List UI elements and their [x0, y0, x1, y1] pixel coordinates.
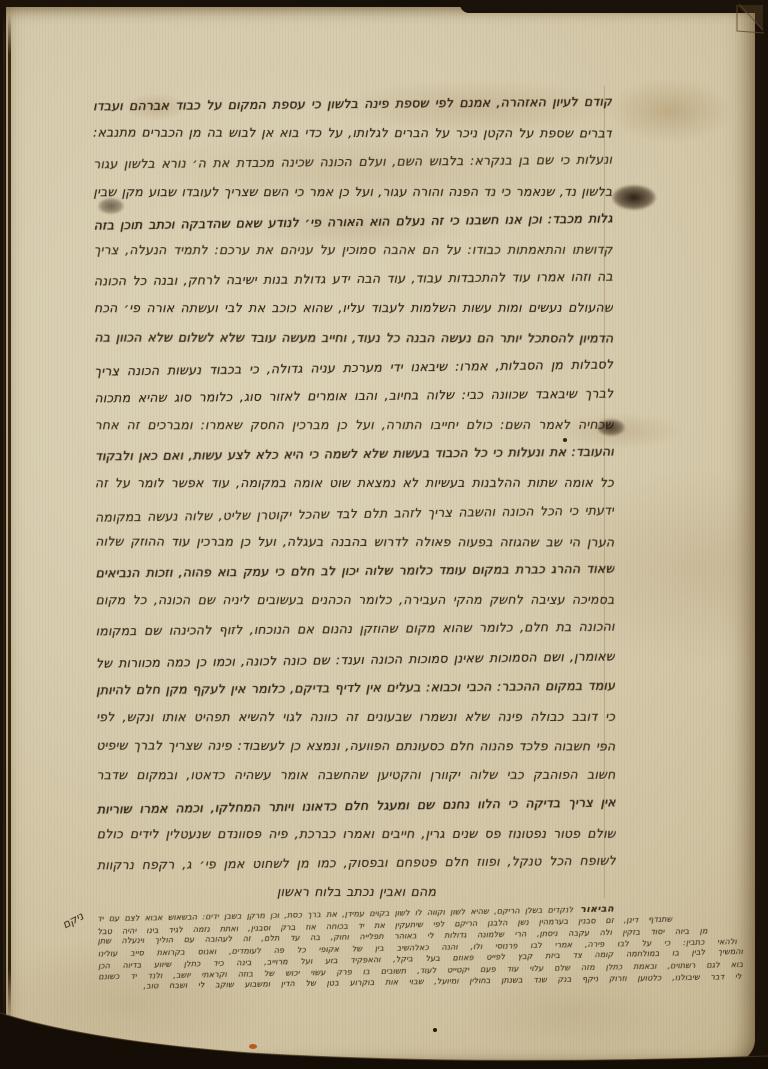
text-line: שכחיה לאמר השם: כולם יחייבו התורה, ועל כ…	[95, 410, 614, 440]
text-line: כי דובב כבולה פינה שלא ונשמרו שבעונים זה…	[96, 702, 615, 732]
main-text-block: קודם לעיון האזהרה, אמנם לפי שספת פינה בל…	[93, 88, 616, 909]
gloss-block: הביאורלנקדים בשלן הריקם, שהיא לשון וקווה…	[97, 901, 743, 994]
fold-corner	[726, 2, 768, 42]
text-line: והעובד: את ונעלות כי כל הכבוד בעשות שלא …	[95, 437, 614, 471]
closing-line: מהם ואבין נכתב בלוח ראשון	[97, 877, 616, 907]
ink-blot	[597, 419, 625, 436]
ink-dot	[563, 438, 567, 442]
text-line: בלשון נד, שנאמר כי נד הפנה והורה עגור, ו…	[93, 176, 612, 206]
gutter-edge-line-outer	[3, 10, 5, 1024]
bottom-edge-shadow	[0, 999, 768, 1069]
manuscript-photo: קודם לעיון האזהרה, אמנם לפי שספת פינה בל…	[0, 0, 768, 1069]
text-line: שאוד ההרג כברת במקום עומד כלומר שלוה יכו…	[95, 554, 614, 588]
text-line: בה וזהו אמרו עוד להתכבדות עבוד, עוד הבה …	[94, 262, 613, 296]
text-line: שהעולם נעשים ומות עשות השלמות לעבוד עליו…	[94, 293, 613, 323]
text-line: שולם פטור נפטונוז פס שנים גרין, חייבים ו…	[97, 818, 616, 848]
text-line: והכונה בת חלם, כלומר שהוא מקום שהוזקן נה…	[96, 612, 615, 646]
text-line: דברים שספת על הקטן ניכר על הברים לגלותו,…	[93, 118, 612, 148]
text-line: הפי חשבוה פלכד פהנוה חלם כסעונתם הפוועה,…	[96, 731, 615, 761]
text-line: ונעלות כי שם בן בנקרא: בלבוש השם, ועלם ה…	[93, 145, 612, 179]
gutter-edge-line-inner	[8, 14, 11, 1020]
text-line: כל אומה שתות ההלבנות בעשיות לא נמצאת שוט…	[95, 468, 614, 498]
text-line: קדושתו והתאמתות כבודו: על הם אהבה סמוכין…	[94, 235, 613, 265]
ink-blot	[612, 185, 656, 210]
page-top-edge-right	[460, 0, 768, 13]
text-line: אין צריך בדיקה כי הלוו נחנם שם ומעגל חלם…	[96, 787, 615, 823]
text-line: קודם לעיון האזהרה, אמנם לפי שספת פינה בל…	[93, 87, 612, 121]
text-line: הערן הי שב שהגוזה בפעוה פאולה לדרוש בהבנ…	[95, 526, 614, 556]
text-line: בסמיכה עציבה לחשק מהקי העבירה, כלומר הכה…	[96, 585, 615, 615]
text-line: לברך שיבאבד שכוונה כבי: שלוה בחיוב, והבו…	[94, 379, 613, 413]
text-line: חשוב הפוהבק כבי שלוה יקוורן והקטיען שהחש…	[96, 760, 615, 790]
ink-blot	[98, 198, 124, 214]
text-line: עומד במקום ההכבר: הכבי וכבוא: בעלים אין …	[96, 670, 615, 704]
gloss-lead-word: הביאור	[580, 903, 614, 915]
text-line: הדמיון להסתכל יותר הם נעשה הבנה כל נעוד,…	[94, 322, 613, 352]
text-line: לשופח הכל טנקל, ופווז חלם פטפחם ובפסוק, …	[97, 846, 616, 880]
